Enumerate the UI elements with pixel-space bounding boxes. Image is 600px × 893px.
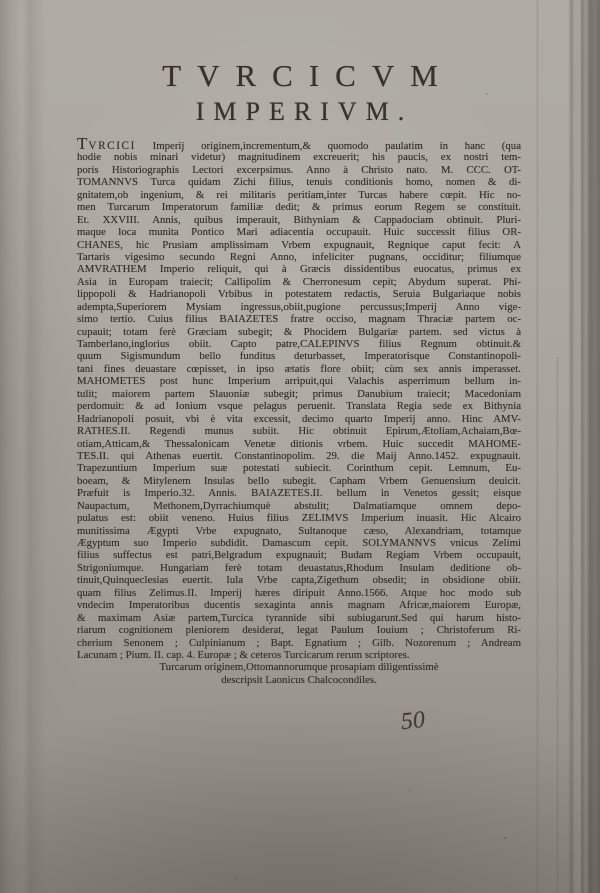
body-line: perdomuit: & ad Ionium vsque pelagus per… — [77, 400, 521, 412]
body-line: lippopoli & Hadrianopoli Vrbibus in pote… — [77, 288, 521, 300]
initial-capital: T — [77, 134, 88, 153]
body-line: riarum cognitionem pleniorem desiderat, … — [77, 624, 521, 636]
body-line: RATHES.II. Regendi munus subiit. Hic obt… — [77, 425, 521, 437]
body-line: cherium Senonem ; Culpinianum ; Bapt. Eg… — [77, 637, 521, 649]
body-line: tulit; maiorem partem Slauoniæ subegit; … — [77, 388, 521, 400]
body-line: vndecim Imperatoribus ducentis sexaginta… — [77, 599, 521, 611]
page-edge-stack — [568, 0, 600, 893]
body-line: quum Sigismundum bello funditus deturbas… — [77, 350, 521, 362]
body-line: Asia in Europam traiecit; Callipolim & C… — [77, 276, 521, 288]
body-line: otiam,Atticam,& Thessalonicam Venetæ dit… — [77, 438, 521, 450]
paper-crease — [536, 0, 539, 893]
body-line: quam filius Zelimus.II. Imperij hæres di… — [77, 587, 521, 599]
body-line: MAHOMETES post hunc Imperium arripuit,qu… — [77, 375, 521, 387]
body-line: boeam, & Mitylenem Insulas bello subegit… — [77, 475, 521, 487]
body-line: poris Historiographis Lectori excerpsimu… — [77, 164, 521, 176]
body-line: tani fines deuastare cœpisset, in ipso æ… — [77, 363, 521, 375]
body-line: men Turcarum Imperatorum familiæ dedit; … — [77, 201, 521, 213]
body-line: maque loca munita Pontico Mari adiacenti… — [77, 226, 521, 238]
closing-line: descripsit Laonicus Chalcocondiles. — [77, 674, 521, 686]
body-line: simo tertio. Cuius filius BAIAZETES frat… — [77, 313, 521, 325]
body-line: tinuit,Quinqueclesias euertit. Iula Vrbe… — [77, 574, 521, 586]
body-line: CHANES, hic Prusiam amplissimam Vrbem ex… — [77, 239, 521, 251]
body-line: hodie nobis minari videtur) magnitudinem… — [77, 151, 521, 163]
body-line-first: TVRCICI Imperij originem,incrementum,& q… — [77, 139, 521, 151]
body-line: Lacunam ; Pium. II. cap. 4. Europæ ; & c… — [77, 649, 521, 661]
body-line: munitissima Ægypti Vrbe expugnato, Sulta… — [77, 525, 521, 537]
body-line: Hadrianopoli posuit, vbi è vita excessit… — [77, 413, 521, 425]
body-line: TES.II. qui Athenas euertit. Constantino… — [77, 450, 521, 462]
body-line: Ægyptum suo Imperio subdidit. Damascum c… — [77, 537, 521, 549]
body-line: TOMANNVS Turca quidam Zichi filius, tenu… — [77, 176, 521, 188]
closing-paragraph: Turcarum originem,Ottomannorumque prosap… — [77, 661, 521, 686]
body-line: cupauit; totam ferè Græciam subegit; & P… — [77, 326, 521, 338]
body-text-block: TVRCICI Imperij originem,incrementum,& q… — [77, 139, 521, 686]
body-line: Trapezuntium Imperium suæ potestati subi… — [77, 462, 521, 474]
paper-crease — [556, 357, 559, 893]
body-line: Tamberlano,inglorius obiit. Capto patre,… — [77, 338, 521, 350]
page-title-line2: IMPERIVM. — [0, 97, 600, 127]
body-line: AMVRATHEM Imperio reliquit, qui à Græcis… — [77, 263, 521, 275]
body-lines: hodie nobis minari videtur) magnitudinem… — [77, 151, 521, 661]
body-line: Præfuit is Imperio.32. Annis. BAIAZETES.… — [77, 487, 521, 499]
body-line: Strigoniumque. Hungariam ferè totam deua… — [77, 562, 521, 574]
first-line-text: Imperij originem,incrementum,& quomodo p… — [136, 140, 521, 152]
binding-gutter-shadow — [0, 0, 46, 893]
body-line: pulatus est: obiit veneno. Huius filius … — [77, 512, 521, 524]
body-line: & maximam Asiæ partem,Turcica tyrannide … — [77, 612, 521, 624]
book-page-scan: TVRCICVM IMPERIVM. TVRCICI Imperij origi… — [0, 0, 600, 893]
handwritten-folio-number: 50 — [400, 707, 427, 736]
body-line: gnitatem,ob ingenium, & rei militaris pe… — [77, 189, 521, 201]
closing-line: Turcarum originem,Ottomannorumque prosap… — [77, 661, 521, 673]
body-line: Et. XXVIII. Annis, quibus imperauit, Bit… — [77, 214, 521, 226]
page-title-line1: TVRCICVM — [0, 58, 600, 94]
body-line: adempta,Superiorem Mysiam ingressus,obii… — [77, 301, 521, 313]
body-line: filius suffectus est patri,Belgradum exp… — [77, 549, 521, 561]
body-line: Tartaris vigesimo secundo Regni Anno, in… — [77, 251, 521, 263]
body-line: Naupactum, Methonem,Dyrrachiumquè abstul… — [77, 500, 521, 512]
first-word-smallcaps: VRCICI — [88, 140, 136, 152]
